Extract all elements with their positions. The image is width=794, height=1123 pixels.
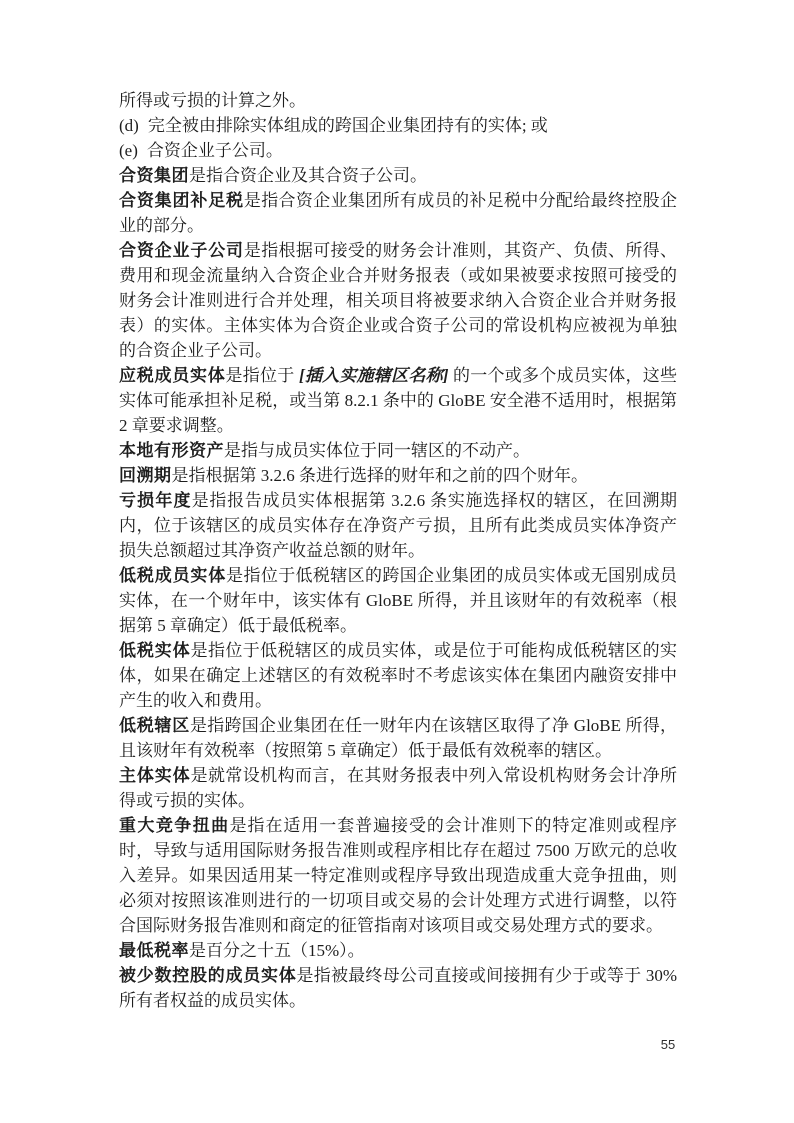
defined-term: 最低税率 (119, 941, 189, 960)
defined-term: 被少数控股的成员实体 (119, 966, 296, 985)
definition-paragraph: 合资集团补足税是指合资企业集团所有成员的补足税中分配给最终控股企业的部分。 (119, 188, 677, 238)
defined-term: 应税成员实体 (119, 366, 226, 385)
definition-paragraph: 回溯期是指根据第 3.2.6 条进行选择的财年和之前的四个财年。 (119, 463, 677, 488)
definition-text: 是指报告成员实体根据第 3.2.6 条实施选择权的辖区，在回溯期内，位于该辖区的… (119, 491, 677, 560)
defined-term: 合资集团 (119, 166, 189, 185)
list-item-d: (d)完全被由排除实体组成的跨国企业集团持有的实体; 或 (119, 113, 677, 138)
defined-term: 低税成员实体 (119, 566, 226, 585)
continuation-line: 所得或亏损的计算之外。 (119, 88, 677, 113)
definition-paragraph: 被少数控股的成员实体是指被最终母公司直接或间接拥有少于或等于 30% 所有者权益… (119, 963, 677, 1013)
definition-paragraph: 主体实体是就常设机构而言，在其财务报表中列入常设机构财务会计净所得或亏损的实体。 (119, 763, 677, 813)
definition-paragraph: 合资集团是指合资企业及其合资子公司。 (119, 163, 677, 188)
definition-text: 是指位于 (226, 366, 300, 385)
list-item-text: 合资企业子公司。 (147, 141, 283, 160)
defined-term: 主体实体 (119, 766, 191, 785)
defined-term: 合资企业子公司 (119, 241, 244, 260)
jurisdiction-placeholder: [插入实施辖区名称] (299, 366, 449, 385)
defined-term: 亏损年度 (119, 491, 192, 510)
definition-paragraph: 低税成员实体是指位于低税辖区的跨国企业集团的成员实体或无国别成员实体，在一个财年… (119, 563, 677, 638)
definition-text: 是指与成员实体位于同一辖区的不动产。 (224, 441, 530, 460)
definition-paragraph: 低税实体是指位于低税辖区的成员实体，或是位于可能构成低税辖区的实体，如果在确定上… (119, 638, 677, 713)
list-item-e: (e)合资企业子公司。 (119, 138, 677, 163)
defined-term: 本地有形资产 (119, 441, 224, 460)
definition-text: 是就常设机构而言，在其财务报表中列入常设机构财务会计净所得或亏损的实体。 (119, 766, 677, 810)
document-page: 所得或亏损的计算之外。 (d)完全被由排除实体组成的跨国企业集团持有的实体; 或… (0, 0, 794, 1123)
definition-text: 是指位于低税辖区的成员实体，或是位于可能构成低税辖区的实体，如果在确定上述辖区的… (119, 641, 677, 710)
definition-paragraph: 应税成员实体是指位于 [插入实施辖区名称] 的一个或多个成员实体，这些实体可能承… (119, 363, 677, 438)
definition-paragraph: 低税辖区是指跨国企业集团在任一财年内在该辖区取得了净 GloBE 所得，且该财年… (119, 713, 677, 763)
definition-text: 是指跨国企业集团在任一财年内在该辖区取得了净 GloBE 所得，且该财年有效税率… (119, 716, 677, 760)
page-number: 55 (654, 1036, 682, 1054)
defined-term: 回溯期 (119, 466, 172, 485)
definition-paragraph: 最低税率是百分之十五（15%）。 (119, 938, 677, 963)
list-item-text: 完全被由排除实体组成的跨国企业集团持有的实体; 或 (148, 116, 548, 135)
list-marker: (d) (119, 116, 139, 135)
defined-term: 合资集团补足税 (119, 191, 244, 210)
body-text: 所得或亏损的计算之外。 (d)完全被由排除实体组成的跨国企业集团持有的实体; 或… (119, 88, 677, 1013)
defined-term: 重大竞争扭曲 (119, 816, 230, 835)
definition-paragraph: 合资企业子公司是指根据可接受的财务会计准则，其资产、负债、所得、费用和现金流量纳… (119, 238, 677, 363)
defined-term: 低税实体 (119, 641, 191, 660)
defined-term: 低税辖区 (119, 716, 190, 735)
definition-paragraph: 亏损年度是指报告成员实体根据第 3.2.6 条实施选择权的辖区，在回溯期内，位于… (119, 488, 677, 563)
list-marker: (e) (119, 141, 138, 160)
definition-text: 是指根据第 3.2.6 条进行选择的财年和之前的四个财年。 (172, 466, 589, 485)
definition-paragraph: 重大竞争扭曲是指在适用一套普遍接受的会计准则下的特定准则或程序时，导致与适用国际… (119, 813, 677, 938)
definition-text: 是指合资企业及其合资子公司。 (189, 166, 427, 185)
definition-text: 是百分之十五（15%）。 (189, 941, 365, 960)
definition-paragraph: 本地有形资产是指与成员实体位于同一辖区的不动产。 (119, 438, 677, 463)
